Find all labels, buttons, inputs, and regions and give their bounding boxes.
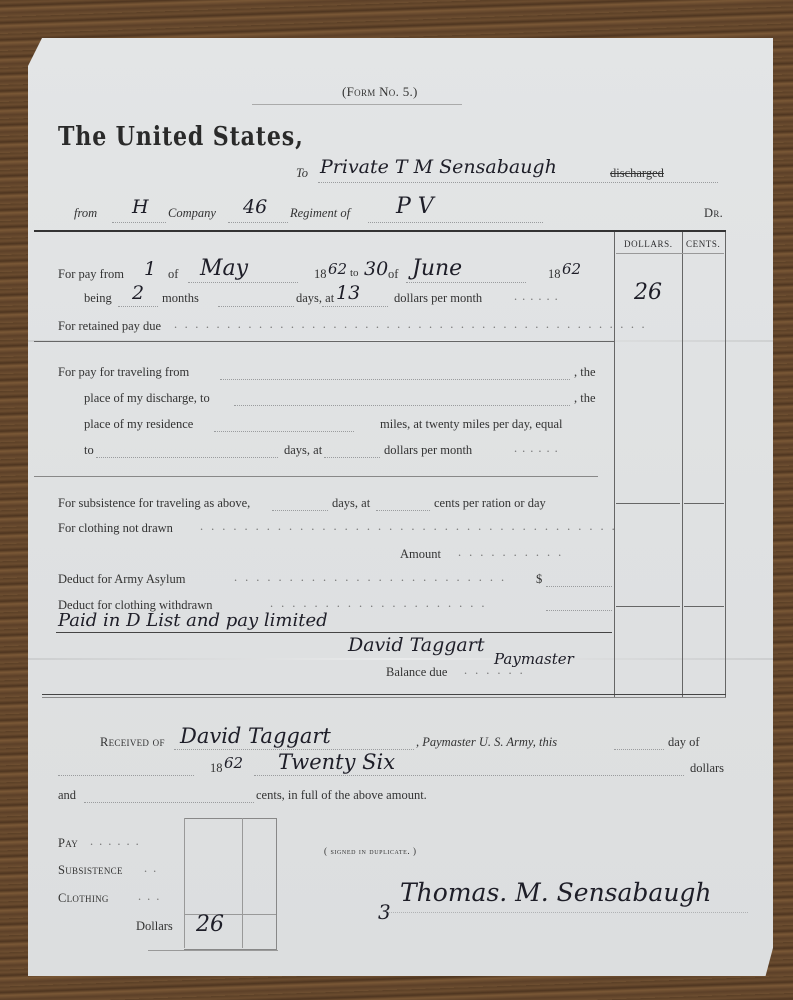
clothing-amount-line (546, 610, 612, 611)
cents-subtotal-rule (684, 503, 724, 504)
day-line (614, 749, 664, 750)
days-at-label: days, at (296, 291, 334, 306)
pay-from-month: May (200, 256, 248, 281)
regiment-line (228, 222, 288, 223)
being-label: being (84, 291, 112, 306)
dollar-sign: $ (536, 572, 542, 587)
payee-line (318, 182, 718, 183)
travel-from-line (220, 379, 570, 380)
header-underline (616, 253, 724, 254)
cents-header: CENTS. (686, 239, 720, 249)
dollars-label: dollars (690, 761, 724, 776)
days-line (218, 306, 294, 307)
leader-dots: ......................... (234, 570, 512, 585)
paymaster-label: , Paymaster U. S. Army, this (416, 735, 557, 750)
form-number: (Form No. 5.) (342, 84, 418, 100)
rate-line-2 (324, 457, 380, 458)
pay-label: Pay (58, 836, 78, 851)
year-value: 62 (328, 260, 347, 278)
months-line (118, 306, 158, 307)
days-at-label-2: days, at (284, 443, 322, 458)
of-label-2: of (388, 267, 398, 282)
the-label-2: , the (574, 391, 596, 406)
year-value-2: 62 (562, 260, 581, 278)
cents-label: cents, in full of the above amount. (256, 788, 427, 803)
leader-dots: .. (144, 861, 162, 876)
asylum-label: Deduct for Army Asylum (58, 572, 185, 587)
received-of-label: Received of (100, 735, 165, 750)
subsistence-days-line (272, 510, 328, 511)
to-label-2: to (84, 443, 94, 458)
rate-line (322, 306, 388, 307)
place-discharge-label: place of my discharge, to (84, 391, 210, 406)
dollars-header: DOLLARS. (624, 239, 673, 249)
payee-name: Private T M Sensabaugh (320, 156, 557, 178)
year-prefix: 18 (314, 267, 327, 282)
receipt-year-prefix: 18 (210, 761, 223, 776)
year-prefix-2: 18 (548, 267, 561, 282)
clothing-label: Clothing (58, 891, 109, 906)
month-line (188, 282, 298, 283)
receipt-year: 62 (224, 754, 243, 772)
days-at-label-3: days, at (332, 496, 370, 511)
leader-dots: ...... (514, 441, 563, 456)
ledger-bottom-rule (42, 694, 726, 695)
cents-subtotal-rule (684, 606, 724, 607)
amount-words: Twenty Six (278, 750, 395, 774)
leader-dots: ...... (464, 663, 531, 678)
month-line-2 (406, 282, 526, 283)
clothing-not-drawn-label: For clothing not drawn (58, 521, 173, 536)
pay-from-label: For pay from (58, 267, 124, 282)
month-line (58, 775, 194, 776)
note-underline (56, 632, 612, 633)
leader-dots: ...... (90, 834, 145, 849)
of-label: of (168, 267, 178, 282)
regiment-value: 46 (243, 196, 267, 218)
section-rule (34, 476, 598, 477)
state-value: P V (396, 194, 434, 219)
leader-dots: ........................................… (174, 317, 652, 332)
document-title: The United States, (58, 122, 304, 152)
ledger-column-line (725, 232, 726, 698)
cents-line (84, 802, 254, 803)
company-label: Company (168, 206, 216, 221)
ledger-bottom-rule (42, 697, 726, 698)
and-label: and (58, 788, 76, 803)
balance-due-label: Balance due (386, 665, 447, 680)
fold-line (28, 658, 773, 660)
leader-dots: .......... (458, 545, 569, 560)
amount-label: Amount (400, 547, 441, 562)
summary-dollars-label: Dollars (136, 919, 173, 934)
to-label: to (350, 267, 359, 279)
to-line (96, 457, 278, 458)
pay-voucher-document: (Form No. 5.) The United States, To Priv… (28, 38, 773, 976)
cents-line (376, 510, 430, 511)
dr-label: Dr. (704, 206, 723, 221)
received-of-name: David Taggart (180, 724, 331, 748)
pay-to-day: 30 (364, 258, 388, 280)
handwritten-note: Paid in D List and pay limited (58, 610, 328, 631)
regiment-label: Regiment of (290, 206, 350, 221)
summary-box-line (242, 818, 243, 948)
pay-dollars-value: 26 (634, 280, 662, 305)
leader-dots: ... (138, 889, 165, 904)
dollars-per-month-label: dollars per month (394, 291, 482, 306)
company-value: H (132, 196, 149, 218)
from-label: from (74, 206, 97, 221)
to-label: To (296, 166, 308, 181)
ledger-column-line (682, 232, 683, 698)
divider (252, 104, 462, 105)
soldier-signature: Thomas. M. Sensabaugh (400, 878, 712, 907)
the-label: , the (574, 365, 596, 380)
summary-box-line (148, 950, 278, 951)
pay-from-day: 1 (144, 258, 156, 280)
place-residence-label: place of my residence (84, 417, 193, 432)
ledger-column-line (614, 232, 615, 698)
months-value: 2 (132, 282, 144, 304)
dollars-per-month-label-2: dollars per month (384, 443, 472, 458)
leader-dots: ...................................... (200, 519, 623, 534)
day-of-label: day of (668, 735, 700, 750)
dollars-subtotal-rule (616, 606, 680, 607)
section-rule (34, 341, 614, 342)
subsistence-label: Subsistence (58, 863, 123, 878)
summary-box-line (184, 818, 185, 948)
months-label: months (162, 291, 199, 306)
retained-pay-label: For retained pay due (58, 319, 161, 334)
discharge-line (234, 405, 570, 406)
discharged-struck: discharged (610, 166, 664, 181)
travel-from-label: For pay for traveling from (58, 365, 189, 380)
paymaster-signature: David Taggart (348, 634, 484, 656)
state-line (368, 222, 543, 223)
leader-dots: .................... (270, 596, 493, 611)
residence-line (214, 431, 354, 432)
ledger-top-rule (34, 230, 726, 232)
signature-line (388, 912, 748, 913)
miles-label: miles, at twenty miles per day, equal (380, 417, 562, 432)
subsistence-label: For subsistence for traveling as above, (58, 496, 250, 511)
signed-duplicate-note: ( signed in duplicate. ) (324, 846, 417, 856)
dollars-subtotal-rule (616, 503, 680, 504)
cents-ration-label: cents per ration or day (434, 496, 546, 511)
amount-words-line (254, 775, 684, 776)
company-line (112, 222, 166, 223)
pay-to-month: June (412, 256, 462, 281)
asylum-amount-line (546, 586, 612, 587)
leader-dots: ...... (514, 289, 563, 304)
rate-value: 13 (336, 282, 360, 304)
summary-dollars-value: 26 (196, 912, 224, 937)
